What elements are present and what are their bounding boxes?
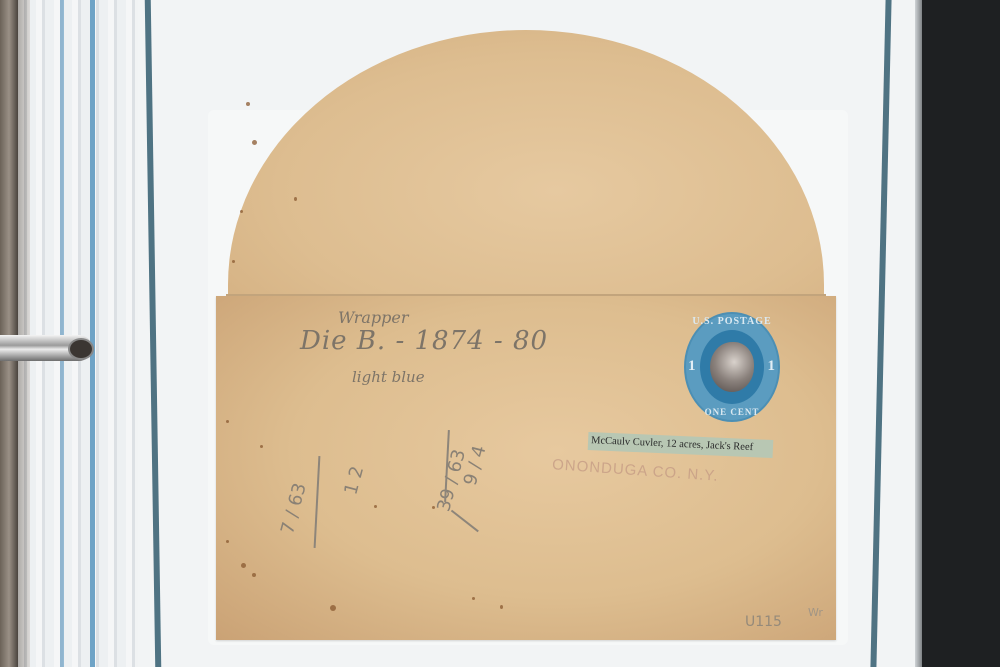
pencil-note-color: light blue — [352, 368, 425, 386]
photo-scene: U.S. POSTAGE 1 1 ONE CENT McCaulv Cuvler… — [0, 0, 1000, 667]
foxing-spot — [232, 260, 235, 263]
foxing-spot — [330, 605, 336, 611]
stamp-value-right: 1 — [768, 358, 776, 375]
catalog-number: U115 — [745, 614, 782, 630]
foxing-spot — [252, 573, 256, 577]
foxing-spot — [472, 597, 475, 600]
foxing-spot — [240, 210, 243, 213]
dark-background — [922, 0, 1000, 667]
foxing-spot — [500, 605, 503, 609]
pencil-note-die: Die B. - 1874 - 80 — [300, 326, 548, 356]
stamp-value-left: 1 — [688, 358, 696, 375]
punch-hole — [70, 340, 92, 358]
sleeve-blue-line — [90, 0, 95, 667]
franklin-portrait — [710, 342, 754, 392]
foxing-spot — [252, 140, 257, 145]
one-cent-stamp-indicium: U.S. POSTAGE 1 1 ONE CENT — [684, 312, 780, 422]
fold-line — [226, 294, 826, 296]
foxing-spot — [246, 102, 250, 106]
stamp-top-text: U.S. POSTAGE — [686, 316, 778, 327]
foxing-spot — [260, 445, 263, 448]
stamp-medallion — [700, 330, 764, 404]
foxing-spot — [374, 505, 377, 508]
pencil-note-wrapper: Wrapper — [338, 308, 409, 327]
foxing-spot — [226, 420, 229, 423]
catalog-number-secondary: Wr — [808, 606, 823, 619]
page-protector-edges — [18, 0, 138, 667]
sleeve-blue-line-back — [60, 0, 64, 667]
foxing-spot — [294, 197, 297, 201]
stamp-bottom-text: ONE CENT — [686, 407, 778, 417]
foxing-spot — [226, 540, 229, 543]
foxing-spot — [241, 563, 246, 568]
